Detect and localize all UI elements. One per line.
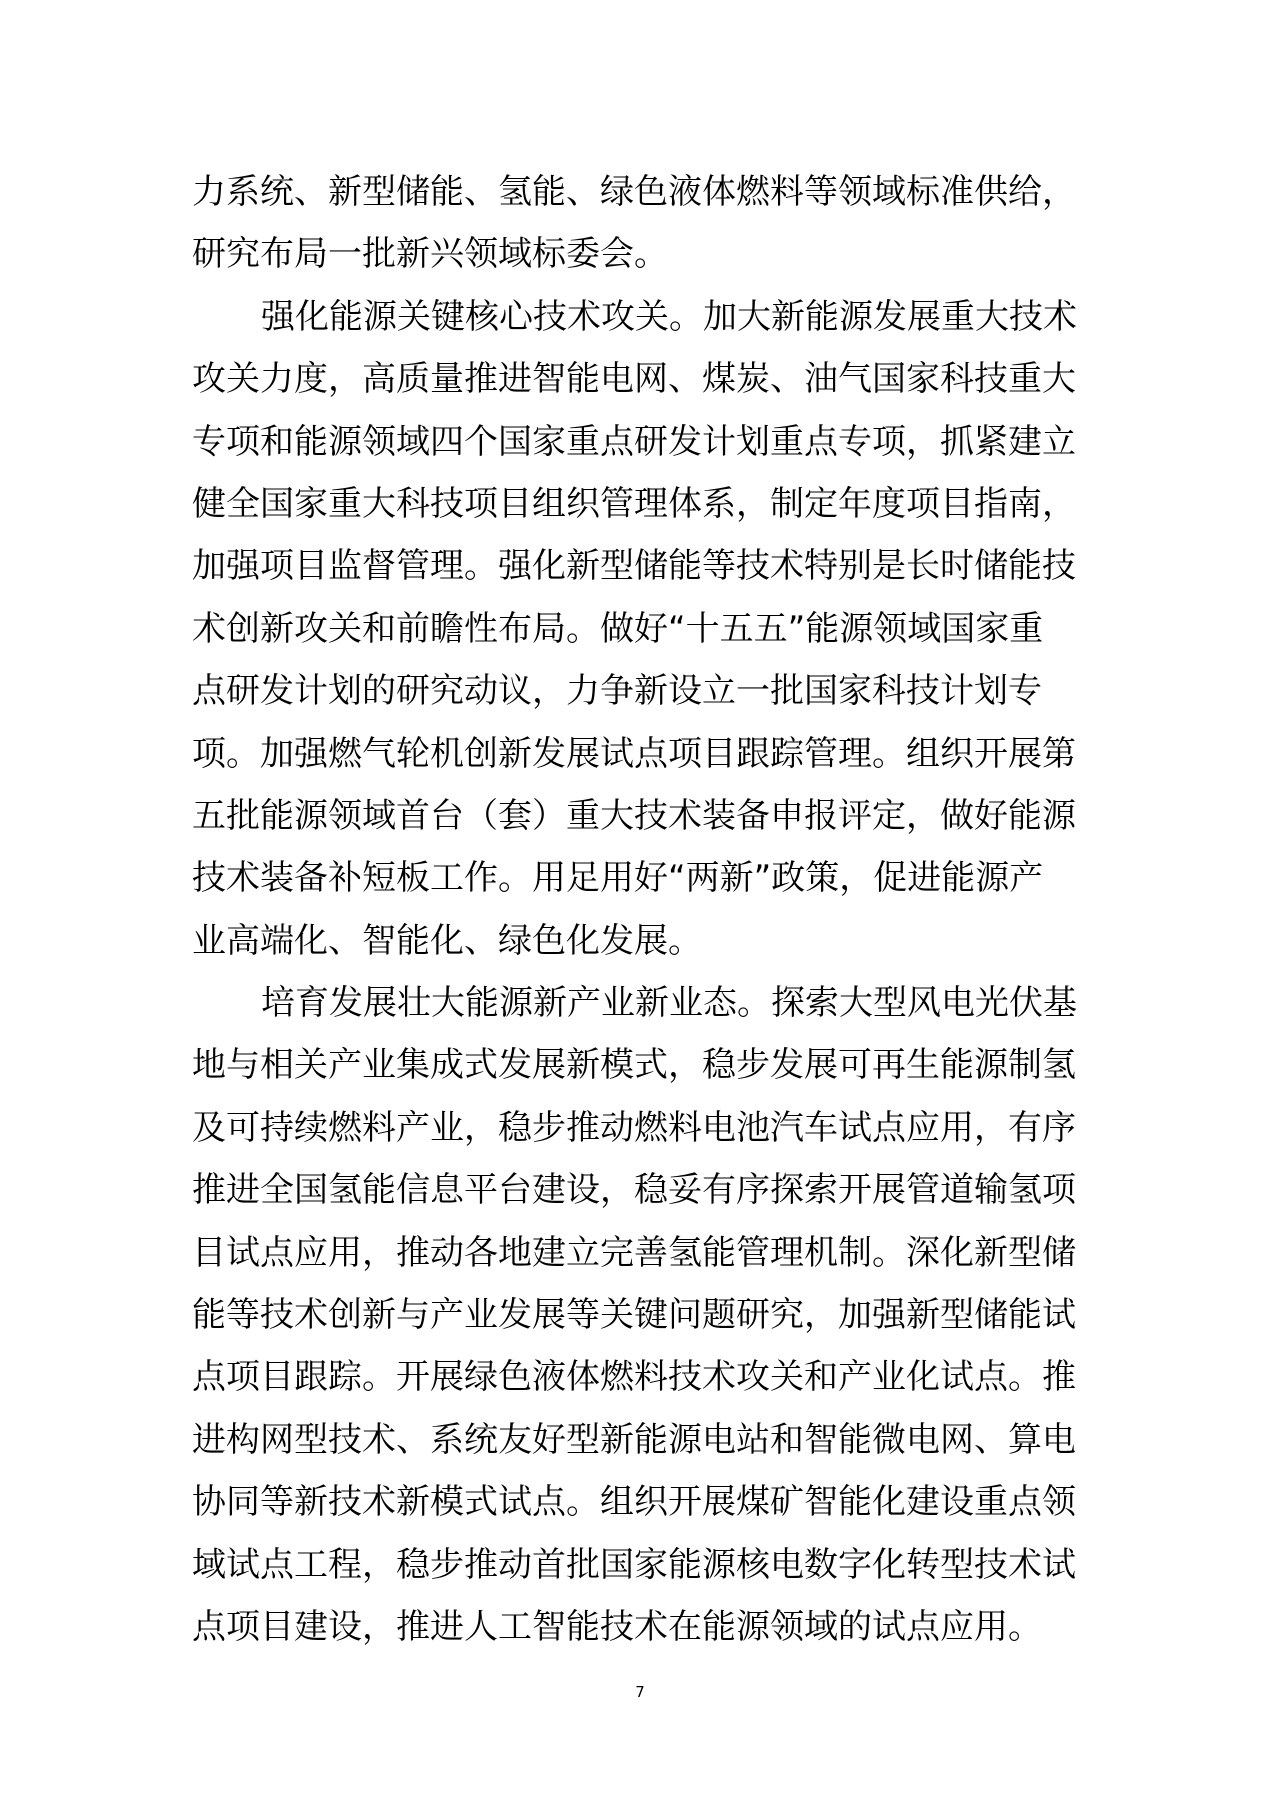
text-line: 域试点工程，稳步推动首批国家能源核电数字化转型技术试	[192, 1534, 1092, 1596]
text-line: 推进全国氢能信息平台建设，稳妥有序探索开展管道输氢项	[192, 1159, 1092, 1221]
text-line: 业高端化、智能化、绿色化发展。	[192, 910, 1092, 972]
text-line: 五批能源领域首台（套）重大技术装备申报评定，做好能源	[192, 785, 1092, 847]
paragraph-key-technology: 强化能源关键核心技术攻关。加大新能源发展重大技术 攻关力度，高质量推进智能电网、…	[192, 286, 1092, 972]
text-line: 及可持续燃料产业，稳步推动燃料电池汽车试点应用，有序	[192, 1097, 1092, 1159]
text-line: 协同等新技术新模式试点。组织开展煤矿智能化建设重点领	[192, 1471, 1092, 1533]
text-line: 项。加强燃气轮机创新发展试点项目跟踪管理。组织开展第	[192, 723, 1092, 785]
document-page: 力系统、新型储能、氢能、绿色液体燃料等领域标准供给， 研究布局一批新兴领域标委会…	[0, 0, 1280, 1810]
body-text: 力系统、新型储能、氢能、绿色液体燃料等领域标准供给， 研究布局一批新兴领域标委会…	[192, 161, 1092, 1658]
text-line: 健全国家重大科技项目组织管理体系，制定年度项目指南，	[192, 473, 1092, 535]
text-line-indented: 强化能源关键核心技术攻关。加大新能源发展重大技术	[192, 286, 1092, 348]
page-number: 7	[630, 1682, 650, 1702]
text-line: 点研发计划的研究动议，力争新设立一批国家科技计划专	[192, 660, 1092, 722]
text-line: 术创新攻关和前瞻性布局。做好“十五五”能源领域国家重	[192, 598, 1092, 660]
paragraph-standards-continuation: 力系统、新型储能、氢能、绿色液体燃料等领域标准供给， 研究布局一批新兴领域标委会…	[192, 161, 1092, 286]
text-line: 力系统、新型储能、氢能、绿色液体燃料等领域标准供给，	[192, 161, 1092, 223]
text-line: 研究布局一批新兴领域标委会。	[192, 223, 1092, 285]
text-line-indented: 培育发展壮大能源新产业新业态。探索大型风电光伏基	[192, 972, 1092, 1034]
text-line: 攻关力度，高质量推进智能电网、煤炭、油气国家科技重大	[192, 348, 1092, 410]
text-line: 技术装备补短板工作。用足用好“两新”政策，促进能源产	[192, 847, 1092, 909]
text-line: 能等技术创新与产业发展等关键问题研究，加强新型储能试	[192, 1284, 1092, 1346]
text-line: 进构网型技术、系统友好型新能源电站和智能微电网、算电	[192, 1409, 1092, 1471]
paragraph-new-industries: 培育发展壮大能源新产业新业态。探索大型风电光伏基 地与相关产业集成式发展新模式，…	[192, 972, 1092, 1658]
text-line: 地与相关产业集成式发展新模式，稳步发展可再生能源制氢	[192, 1034, 1092, 1096]
text-line: 点项目建设，推进人工智能技术在能源领域的试点应用。	[192, 1596, 1092, 1658]
text-line: 加强项目监督管理。强化新型储能等技术特别是长时储能技	[192, 535, 1092, 597]
text-line: 目试点应用，推动各地建立完善氢能管理机制。深化新型储	[192, 1222, 1092, 1284]
text-line: 专项和能源领域四个国家重点研发计划重点专项，抓紧建立	[192, 411, 1092, 473]
text-line: 点项目跟踪。开展绿色液体燃料技术攻关和产业化试点。推	[192, 1346, 1092, 1408]
